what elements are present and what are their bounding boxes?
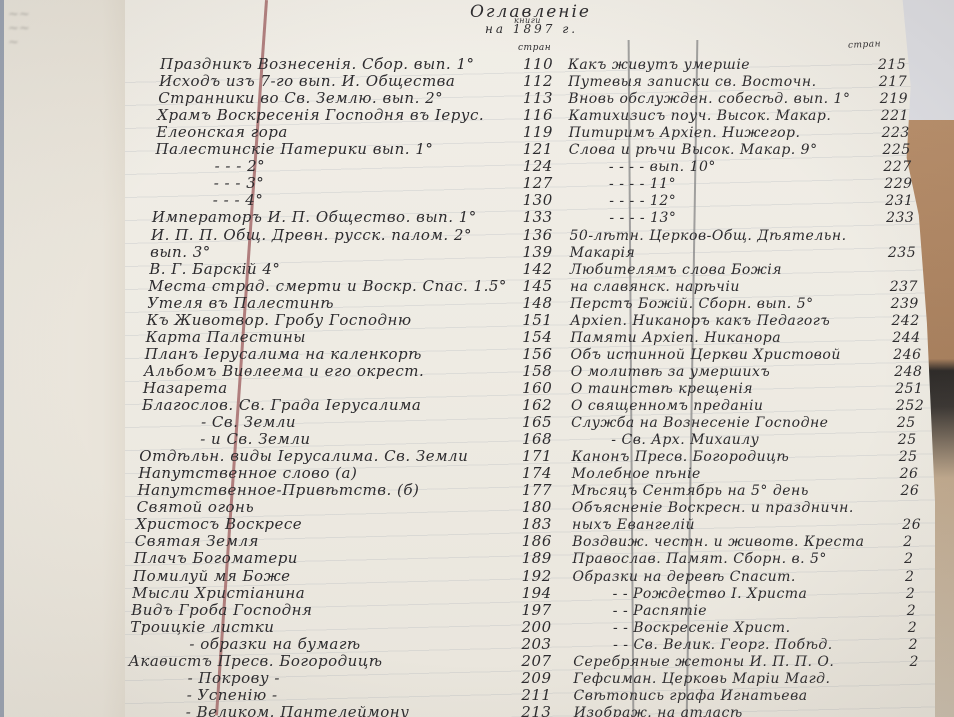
toc-entry-page: 248 <box>894 364 922 380</box>
toc-entry-title: Изображ. на атласѣ <box>574 705 743 717</box>
toc-entry-title: Объ истинной Церкви Христовой <box>571 347 841 363</box>
toc-entry-page: 2 <box>910 654 919 670</box>
toc-entry-page: 223 <box>882 125 910 141</box>
toc-entry-page: 2 <box>908 620 917 636</box>
toc-entry-title: - - Св. Велик. Георг. Побѣд. <box>613 637 833 653</box>
toc-entry-page: 215 <box>878 57 906 73</box>
toc-entry-page: 231 <box>885 193 913 209</box>
toc-entry-right: Изображ. на атласѣ <box>0 705 954 717</box>
toc-entry-page: 219 <box>880 91 908 107</box>
left-page-column-heading: стран <box>518 43 551 53</box>
toc-entry-title: - - - - 11° <box>609 176 676 192</box>
toc-entry-title: Макарія <box>570 245 636 261</box>
toc-entry-page: 26 <box>900 466 919 482</box>
toc-entry-title: - - Распятіе <box>613 603 707 619</box>
toc-entry-title: Серебряные жетоны И. П. П. О. <box>573 654 834 670</box>
toc-entry-title: Какъ живутъ умершіе <box>568 57 750 73</box>
toc-entry-page: 2 <box>905 569 914 585</box>
toc-entry-page: 26 <box>902 517 921 533</box>
toc-entry-page: 2 <box>904 551 913 567</box>
toc-entry-page: 252 <box>896 398 924 414</box>
toc-entry-title: Воздвиж. честн. и животв. Креста <box>572 534 864 550</box>
toc-entry-title: Служба на Вознесеніе Господне <box>571 415 828 431</box>
toc-entry-page: 25 <box>898 432 917 448</box>
toc-entry-title: - - Рождество I. Христа <box>613 586 808 602</box>
toc-entry-title: О священномъ преданіи <box>571 398 763 414</box>
toc-entry-page: 235 <box>888 245 916 261</box>
toc-entry-page: 225 <box>883 142 911 158</box>
toc-entry-page: 237 <box>890 279 918 295</box>
toc-entry-title: - - - - 13° <box>609 210 676 226</box>
toc-entry-page: 2 <box>907 603 916 619</box>
toc-entry-title: Гефсиман. Церковь Маріи Магд. <box>573 671 830 687</box>
toc-entry-page: 26 <box>901 483 920 499</box>
toc-entry-title: Образки на деревѣ Спасит. <box>573 569 796 585</box>
toc-entry-title: ныхъ Евангелій <box>572 517 695 533</box>
toc-entry-page: 227 <box>883 159 911 175</box>
toc-entry-title: Любителямъ слова Божія <box>570 262 782 278</box>
toc-entry-title: Памяти Архіеп. Никанора <box>570 330 781 346</box>
toc-entry-page: 2 <box>903 534 912 550</box>
toc-entry-title: - Св. Арх. Михаилу <box>611 432 759 448</box>
toc-entry-page: 2 <box>906 586 915 602</box>
toc-entry-title: Катихизисъ поуч. Высок. Макар. <box>568 108 831 124</box>
toc-entry-title: - - Воскресеніе Христ. <box>613 620 791 636</box>
toc-entry-title: Путевыя записки св. Восточн. <box>568 74 816 90</box>
toc-entry-title: О таинствѣ крещенія <box>571 381 753 397</box>
toc-entry-page: 239 <box>891 296 919 312</box>
toc-entry-page: 229 <box>884 176 912 192</box>
toc-entry-page: 233 <box>886 210 914 226</box>
toc-entry-page: 221 <box>881 108 909 124</box>
toc-entry-page: 25 <box>899 449 918 465</box>
toc-entry-title: Перстъ Божій. Сборн. вып. 5° <box>570 296 814 312</box>
toc-entry-title: Свѣтопись графа Игнатьева <box>574 688 808 704</box>
toc-entry-title: 50-лѣтн. Церков-Общ. Дѣятельн. <box>570 228 847 244</box>
toc-entry-title: Мѣсяцъ Сентябрь на 5° день <box>572 483 809 499</box>
toc-entry-title: Архіеп. Никаноръ какъ Педагогъ <box>570 313 830 329</box>
toc-entry-page: 244 <box>892 330 920 346</box>
toc-entry-title: - - - - вып. 10° <box>609 159 716 175</box>
toc-entry-title: Слова и рѣчи Высок. Макар. 9° <box>569 142 818 158</box>
toc-entry-title: Питиримъ Архіеп. Нижегор. <box>569 125 801 141</box>
toc-entry-title: Православ. Памят. Сборн. в. 5° <box>572 551 827 567</box>
toc-entry-page: 251 <box>895 381 923 397</box>
toc-entry-title: О молитвѣ за умершихъ <box>571 364 771 380</box>
toc-entry-page: 2 <box>909 637 918 653</box>
right-page-column-heading: стран <box>848 39 882 51</box>
toc-entry-page: 217 <box>879 74 907 90</box>
toc-entry-title: Объясненіе Воскресн. и праздничн. <box>572 500 854 516</box>
toc-entry-title: на славянск. нарѣчіи <box>570 279 740 295</box>
document-photo: ~~~~~ Оглавленіе книги на 1897 г. стран … <box>0 0 954 717</box>
page-subtitle-year: на 1897 г. <box>485 22 578 36</box>
toc-entry-page: 246 <box>893 347 921 363</box>
toc-entry-title: Вновь обслужден. собесѣд. вып. 1° <box>568 91 850 107</box>
toc-entry-title: Канонъ Пресв. Богородицѣ <box>571 449 789 465</box>
toc-entry-page: 25 <box>897 415 916 431</box>
toc-entry-page: 242 <box>892 313 920 329</box>
toc-entry-title: Молебное пѣніе <box>572 466 701 482</box>
toc-entry-title: - - - - 12° <box>609 193 676 209</box>
